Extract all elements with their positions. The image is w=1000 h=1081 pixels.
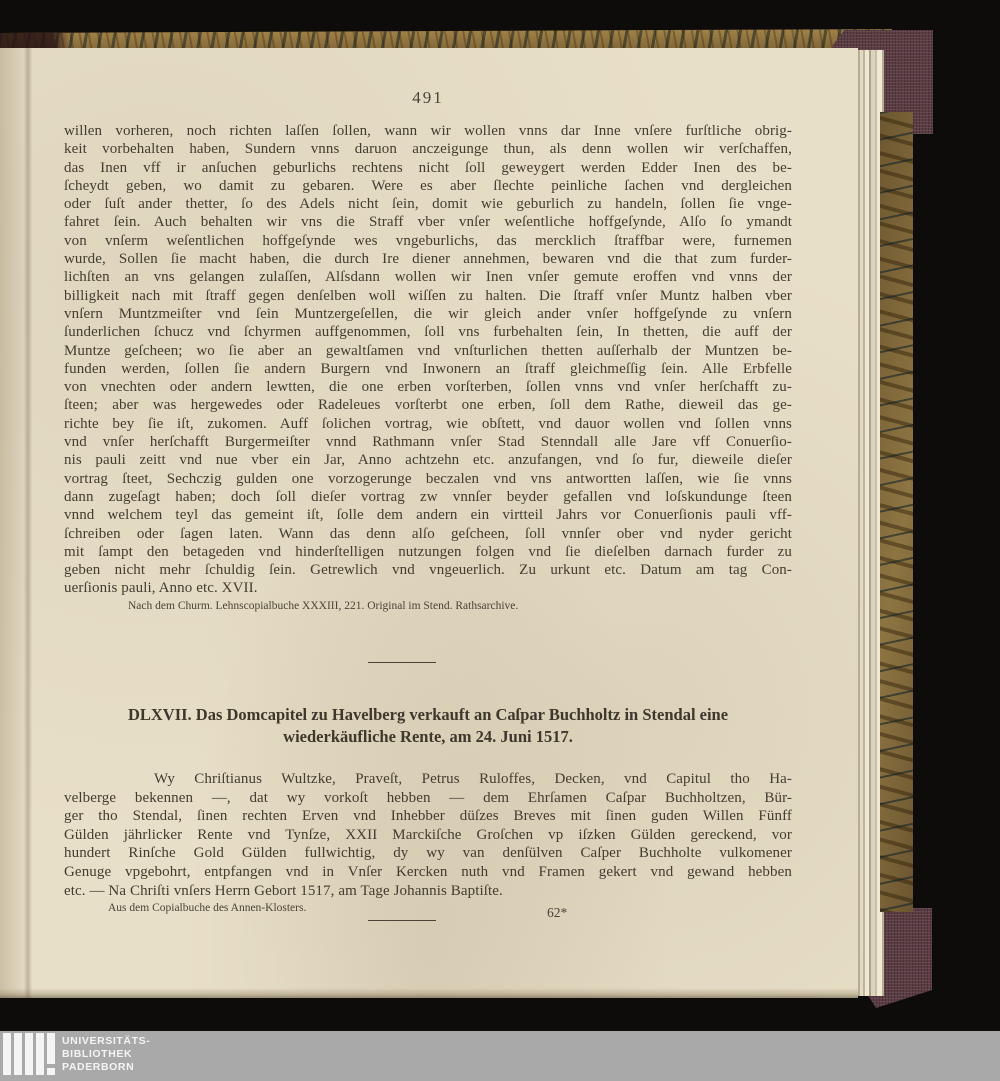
text-line: geben nicht mehr ſchuldig ſein. Getrewli… <box>64 561 792 579</box>
text-line: willen vorheren, noch richten laſſen ſol… <box>64 122 792 140</box>
library-logo-icon <box>3 1033 55 1075</box>
section-divider-2 <box>368 920 436 921</box>
text-line: Muntze geſcheen; wo ſie aber an gewaltſa… <box>64 342 792 360</box>
library-name: UNIVERSITÄTS- BIBLIOTHEK PADERBORN <box>62 1035 150 1074</box>
text-line: dann zugeſagt haben; doch ſoll dieſer vo… <box>64 488 792 506</box>
logo-exclamation-icon <box>47 1033 55 1064</box>
section-heading: DLXVII. Das Domcapitel zu Havelberg verk… <box>64 704 792 748</box>
text-line: ger tho Stendal, ſinen rechten Erven vnd… <box>64 807 792 826</box>
text-line: ſcheydt geben, wo damit zu gebaren. Were… <box>64 177 792 195</box>
text-line: ſunderlichen ſchucz vnd ſchyrmen auffgen… <box>64 323 792 341</box>
text-line: das Inen vff ir anſuchen geburlichs rech… <box>64 159 792 177</box>
text-line: etc. — Na Chriſti vnſers Herrn Gebort 15… <box>64 882 792 901</box>
text-line: ſteen; aber was hergewedes oder Radeleue… <box>64 396 792 414</box>
text-line: velberge bekennen —, dat wy vorkoſt hebb… <box>64 789 792 808</box>
text-line: von vnechten oder andern lewtten, die on… <box>64 378 792 396</box>
body-paragraph: willen vorheren, noch richten laſſen ſol… <box>64 122 792 598</box>
text-line: keit vorbehalten haben, Sundern vnns dar… <box>64 140 792 158</box>
logo-bar-icon <box>3 1033 11 1075</box>
book-scan-photo: 491 willen vorheren, noch richten laſſen… <box>0 0 1000 1081</box>
text-line: vnſern Muntzmeiſter vnd ſein Muntzergeſe… <box>64 305 792 323</box>
text-line: wurde, Sollen ſie macht haben, die durch… <box>64 250 792 268</box>
page-bottom-edge-shading <box>0 988 858 998</box>
text-line: lichſten an vns gelangen zulaſſen, Alſsd… <box>64 268 792 286</box>
text-line: hundert Rinſche Gold Gülden fullwichtig,… <box>64 844 792 863</box>
text-line: funden werden, ſollen ſie andern Burgern… <box>64 360 792 378</box>
text-line: vnd vnſer herſchafft Burgermeiſter vnnd … <box>64 433 792 451</box>
text-line: vnnd welchem teyl das gemeint iſt, ſolle… <box>64 506 792 524</box>
logo-bar-icon <box>25 1033 33 1075</box>
logo-exclamation-dot-icon <box>47 1068 55 1075</box>
library-name-line-3: PADERBORN <box>62 1061 150 1074</box>
text-line: richte bey ſie iſt, zukomen. Auff ſolich… <box>64 415 792 433</box>
book-marbled-edge-right <box>880 112 913 912</box>
text-line: fahret ſein. Auch behalten wir vns die S… <box>64 213 792 231</box>
text-line: vortrag ſteet, Sechczig gulden one vorzo… <box>64 470 792 488</box>
text-line: Wy Chriſtianus Wultzke, Praveſt, Petrus … <box>64 770 792 789</box>
logo-bar-icon <box>36 1033 44 1075</box>
text-line: mit ſampt den betageden vnd hinderſtelli… <box>64 543 792 561</box>
page-surface: 491 willen vorheren, noch richten laſſen… <box>0 48 858 998</box>
text-line: oder ſuſt ander thetter, ſo des Adels ni… <box>64 195 792 213</box>
source-note-1: Nach dem Churm. Lehnscopialbuche XXXIII,… <box>128 600 518 612</box>
page-number: 491 <box>64 88 792 108</box>
logo-bar-icon <box>14 1033 22 1075</box>
text-line: von vnſerm weſentlichen hoffgeſynde wes … <box>64 232 792 250</box>
section-heading-line-1: DLXVII. Das Domcapitel zu Havelberg verk… <box>64 704 792 726</box>
source-note-2: Aus dem Copialbuche des Annen-Klosters. <box>108 902 306 914</box>
library-footer-bar: UNIVERSITÄTS- BIBLIOTHEK PADERBORN <box>0 1031 1000 1081</box>
text-line: Genuge vpgebohrt, entpfangen vnd in Vnſe… <box>64 863 792 882</box>
page-gutter-shading <box>0 48 34 998</box>
section-paragraph: Wy Chriſtianus Wultzke, Praveſt, Petrus … <box>64 770 792 900</box>
text-line: Gülden jährlicker Rente vnd Tynſze, XXII… <box>64 826 792 845</box>
text-line: uerſionis pauli, Anno etc. XVII. <box>64 579 792 597</box>
text-line: ſchreiben oder ſagen laten. Wann das den… <box>64 525 792 543</box>
text-line: billigkeit nach mit ſtraff gegen denſelb… <box>64 287 792 305</box>
text-line: nis pauli zeitt vnd nue vber ein Jar, An… <box>64 451 792 469</box>
section-heading-line-2: wiederkäufliche Rente, am 24. Juni 1517. <box>64 726 792 748</box>
library-name-line-1: UNIVERSITÄTS- <box>62 1035 150 1048</box>
section-divider-1 <box>368 662 436 663</box>
printer-signature: 62* <box>547 905 567 921</box>
library-name-line-2: BIBLIOTHEK <box>62 1048 150 1061</box>
